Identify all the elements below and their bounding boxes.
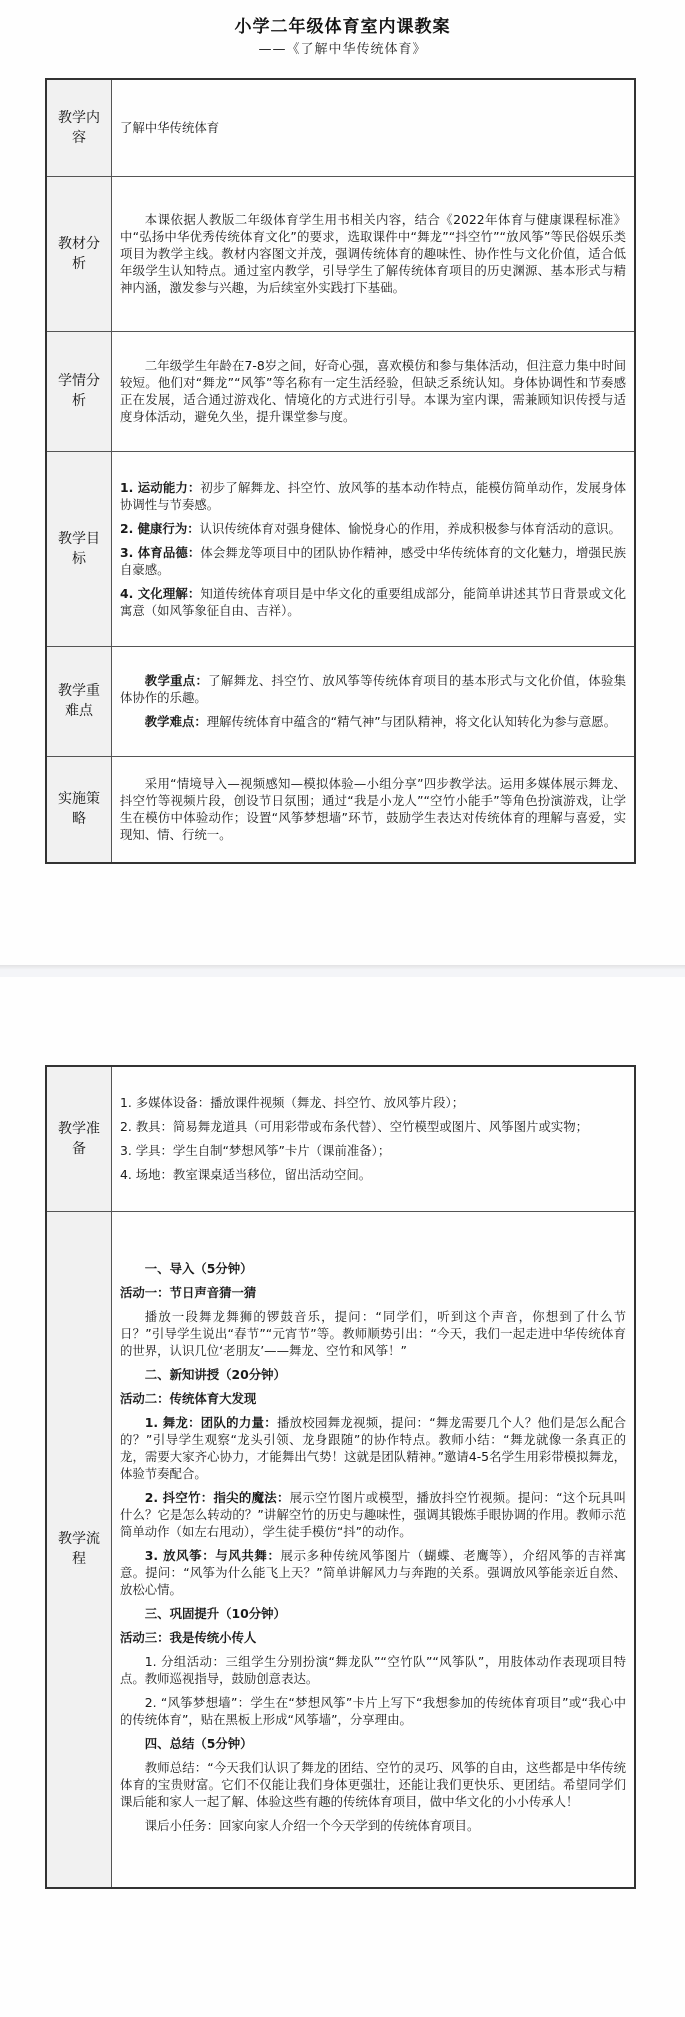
row-label: 教学流程: [46, 1211, 112, 1888]
activity-title: 活动一：节日声音猜一猜: [120, 1284, 626, 1301]
section-heading-text: 一、导入（5分钟）: [145, 1261, 253, 1276]
process-item-head: 3. 放风筝：与风共舞：: [145, 1548, 281, 1563]
lesson-plan-table-page-1: 教学内容 了解中华传统体育 教材分析 本课依据人教版二年级体育学生用书相关内容，…: [45, 78, 636, 864]
table-row-objectives: 教学目标 1. 运动能力：初步了解舞龙、抖空竹、放风筝的基本动作特点，能模仿简单…: [46, 451, 635, 646]
activity-title-text: 活动三：我是传统小传人: [120, 1630, 256, 1645]
document-page-1: 小学二年级体育室内课教案 ——《了解中华传统体育》 教学内容 了解中华传统体育 …: [0, 0, 685, 965]
table-row-content: 教学内容 了解中华传统体育: [46, 79, 635, 176]
section-heading: 二、新知讲授（20分钟）: [120, 1366, 626, 1383]
table-row-textbook-analysis: 教材分析 本课依据人教版二年级体育学生用书相关内容，结合《2022年体育与健康课…: [46, 176, 635, 331]
table-row-preparation: 教学准备 1. 多媒体设备：播放课件视频（舞龙、抖空竹、放风筝片段）； 2. 教…: [46, 1066, 635, 1211]
difficult-point-head: 教学难点：: [145, 714, 207, 729]
row-label: 教学准备: [46, 1066, 112, 1211]
objective-text: 认识传统体育对强身健体、愉悦身心的作用，养成积极参与体育活动的意识。: [200, 521, 621, 536]
row-content: 采用“情境导入—视频感知—模拟体验—小组分享”四步教学法。运用多媒体展示舞龙、抖…: [112, 756, 636, 863]
objective-head: 4. 文化理解：: [120, 586, 200, 601]
process-item: 2. 抖空竹：指尖的魔法：展示空竹图片或模型，播放抖空竹视频。提问：“这个玩具叫…: [120, 1489, 626, 1540]
process-item-head: 2. 抖空竹：指尖的魔法：: [145, 1490, 290, 1505]
difficult-point-text: 理解传统体育中蕴含的“精气神”与团队精神，将文化认知转化为参与意愿。: [207, 714, 616, 729]
row-content: 了解中华传统体育: [112, 79, 636, 176]
process-item: 1. 舞龙：团队的力量：播放校园舞龙视频，提问：“舞龙需要几个人？他们是怎么配合…: [120, 1414, 626, 1482]
section-heading: 四、总结（5分钟）: [120, 1735, 626, 1752]
row-label: 教学重难点: [46, 646, 112, 756]
row-label: 教学内容: [46, 79, 112, 176]
row-label: 教材分析: [46, 176, 112, 331]
activity-title: 活动二：传统体育大发现: [120, 1390, 626, 1407]
difficult-point-item: 教学难点：理解传统体育中蕴含的“精气神”与团队精神，将文化认知转化为参与意愿。: [120, 713, 626, 730]
row-content: 一、导入（5分钟） 活动一：节日声音猜一猜 播放一段舞龙舞狮的锣鼓音乐，提问：“…: [112, 1211, 636, 1888]
objective-head: 2. 健康行为：: [120, 521, 200, 536]
section-heading-text: 二、新知讲授（20分钟）: [145, 1367, 286, 1382]
activity-title: 活动三：我是传统小传人: [120, 1629, 626, 1646]
process-paragraph: 课后小任务：回家向家人介绍一个今天学到的传统体育项目。: [120, 1817, 626, 1834]
objective-head: 3. 体育品德：: [120, 545, 200, 560]
section-heading: 三、巩固提升（10分钟）: [120, 1605, 626, 1622]
row-content: 1. 多媒体设备：播放课件视频（舞龙、抖空竹、放风筝片段）； 2. 教具：简易舞…: [112, 1066, 636, 1211]
objective-item: 3. 体育品德：体会舞龙等项目中的团队协作精神，感受中华传统体育的文化魅力，增强…: [120, 544, 626, 578]
row-label: 实施策略: [46, 756, 112, 863]
key-point-head: 教学重点：: [145, 673, 208, 688]
process-paragraph: 2. “风筝梦想墙”：学生在“梦想风筝”卡片上写下“我想参加的传统体育项目”或“…: [120, 1694, 626, 1728]
process-item-head: 1. 舞龙：团队的力量：: [145, 1415, 277, 1430]
table-row-process: 教学流程 一、导入（5分钟） 活动一：节日声音猜一猜 播放一段舞龙舞狮的锣鼓音乐…: [46, 1211, 635, 1888]
content-paragraph: 二年级学生年龄在7-8岁之间，好奇心强，喜欢模仿和参与集体活动，但注意力集中时间…: [120, 357, 626, 425]
row-label: 教学目标: [46, 451, 112, 646]
table-row-student-analysis: 学情分析 二年级学生年龄在7-8岁之间，好奇心强，喜欢模仿和参与集体活动，但注意…: [46, 331, 635, 451]
row-content: 二年级学生年龄在7-8岁之间，好奇心强，喜欢模仿和参与集体活动，但注意力集中时间…: [112, 331, 636, 451]
table-row-key-points: 教学重难点 教学重点：了解舞龙、抖空竹、放风筝等传统体育项目的基本形式与文化价值…: [46, 646, 635, 756]
section-heading-text: 四、总结（5分钟）: [145, 1736, 253, 1751]
section-heading: 一、导入（5分钟）: [120, 1260, 626, 1277]
row-content: 本课依据人教版二年级体育学生用书相关内容，结合《2022年体育与健康课程标准》中…: [112, 176, 636, 331]
page-break: [0, 965, 685, 977]
row-label: 学情分析: [46, 331, 112, 451]
row-content: 1. 运动能力：初步了解舞龙、抖空竹、放风筝的基本动作特点，能模仿简单动作，发展…: [112, 451, 636, 646]
document-title: 小学二年级体育室内课教案: [0, 12, 685, 37]
preparation-item: 3. 学具：学生自制“梦想风筝”卡片（课前准备）；: [120, 1142, 626, 1159]
document-page-2: 教学准备 1. 多媒体设备：播放课件视频（舞龙、抖空竹、放风筝片段）； 2. 教…: [0, 977, 685, 2017]
content-paragraph: 了解中华传统体育: [120, 119, 626, 136]
process-paragraph: 教师总结：“今天我们认识了舞龙的团结、空竹的灵巧、风筝的自由，这些都是中华传统体…: [120, 1759, 626, 1810]
objective-item: 4. 文化理解：知道传统体育项目是中华文化的重要组成部分，能简单讲述其节日背景或…: [120, 585, 626, 619]
process-paragraph: 1. 分组活动：三组学生分别扮演“舞龙队”“空竹队”“风筝队”，用肢体动作表现项…: [120, 1653, 626, 1687]
preparation-item: 2. 教具：简易舞龙道具（可用彩带或布条代替）、空竹模型或图片、风筝图片或实物；: [120, 1118, 626, 1135]
activity-title-text: 活动一：节日声音猜一猜: [120, 1285, 256, 1300]
preparation-item: 1. 多媒体设备：播放课件视频（舞龙、抖空竹、放风筝片段）；: [120, 1094, 626, 1111]
key-point-item: 教学重点：了解舞龙、抖空竹、放风筝等传统体育项目的基本形式与文化价值，体验集体协…: [120, 672, 626, 706]
content-paragraph: 本课依据人教版二年级体育学生用书相关内容，结合《2022年体育与健康课程标准》中…: [120, 211, 626, 296]
preparation-item: 4. 场地：教室课桌适当移位，留出活动空间。: [120, 1166, 626, 1183]
activity-title-text: 活动二：传统体育大发现: [120, 1391, 256, 1406]
objective-head: 1. 运动能力：: [120, 480, 200, 495]
section-heading-text: 三、巩固提升（10分钟）: [145, 1606, 286, 1621]
objective-item: 2. 健康行为：认识传统体育对强身健体、愉悦身心的作用，养成积极参与体育活动的意…: [120, 520, 626, 537]
objective-item: 1. 运动能力：初步了解舞龙、抖空竹、放风筝的基本动作特点，能模仿简单动作，发展…: [120, 479, 626, 513]
content-paragraph: 采用“情境导入—视频感知—模拟体验—小组分享”四步教学法。运用多媒体展示舞龙、抖…: [120, 775, 626, 843]
process-paragraph: 播放一段舞龙舞狮的锣鼓音乐，提问：“同学们，听到这个声音，你想到了什么节日？”引…: [120, 1308, 626, 1359]
document-subtitle: ——《了解中华传统体育》: [0, 38, 685, 57]
row-content: 教学重点：了解舞龙、抖空竹、放风筝等传统体育项目的基本形式与文化价值，体验集体协…: [112, 646, 636, 756]
lesson-plan-table-page-2: 教学准备 1. 多媒体设备：播放课件视频（舞龙、抖空竹、放风筝片段）； 2. 教…: [45, 1065, 636, 1889]
process-item: 3. 放风筝：与风共舞：展示多种传统风筝图片（蝴蝶、老鹰等），介绍风筝的吉祥寓意…: [120, 1547, 626, 1598]
table-row-strategy: 实施策略 采用“情境导入—视频感知—模拟体验—小组分享”四步教学法。运用多媒体展…: [46, 756, 635, 863]
